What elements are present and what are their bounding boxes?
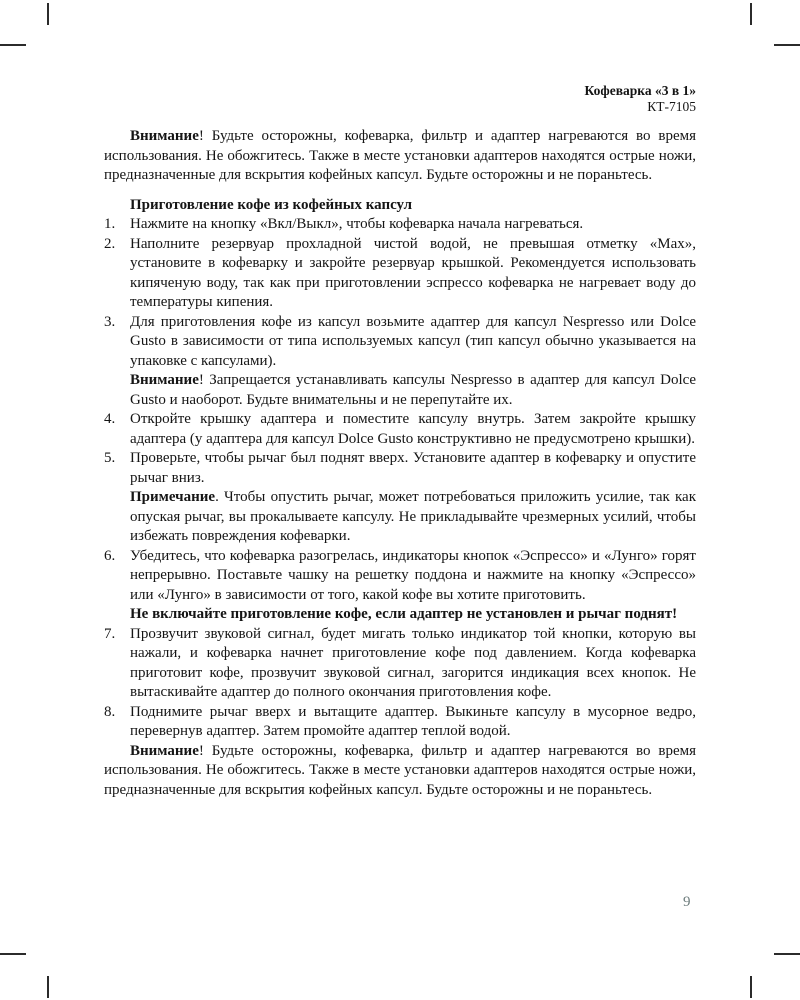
item-text: Откройте крышку адаптера и поместите кап…: [130, 411, 696, 447]
list-item: 2. Наполните резервуар прохладной чистой…: [104, 235, 696, 313]
note-text: . Чтобы опустить рычаг, может потребоват…: [130, 489, 696, 544]
list-item-text: Наполните резервуар прохладной чистой во…: [130, 235, 696, 313]
list-item: 5. Проверьте, чтобы рычаг был поднят вве…: [104, 449, 696, 547]
list-item-note: Примечание. Чтобы опустить рычаг, может …: [130, 488, 696, 547]
note-label: Примечание: [130, 489, 215, 505]
warning-paragraph-bottom: Внимание! Будьте осторожны, кофеварка, ф…: [104, 742, 696, 801]
warning-line-text: Не включайте приготовление кофе, если ад…: [130, 606, 677, 622]
item-text: Для приготовления кофе из капсул возьмит…: [130, 314, 696, 369]
crop-mark-bottom-right-vertical: [750, 976, 752, 998]
list-item-note: Внимание! Запрещается устанавливать капс…: [130, 371, 696, 410]
list-item: 8. Поднимите рычаг вверх и вытащите адап…: [104, 703, 696, 742]
list-item: 7. Прозвучит звуковой сигнал, будет мига…: [104, 625, 696, 703]
list-item-text: Нажмите на кнопку «Вкл/Выкл», чтобы кофе…: [130, 215, 696, 235]
list-item-warning-line: Не включайте приготовление кофе, если ад…: [130, 605, 696, 625]
list-item-text: Убедитесь, что кофеварка разогрелась, ин…: [130, 547, 696, 606]
crop-mark-top-right-vertical: [750, 3, 752, 25]
crop-mark-bottom-right-horizontal: [774, 953, 800, 955]
warning-label: Внимание: [130, 128, 199, 144]
list-item-number: 6.: [104, 547, 115, 567]
crop-mark-top-left-horizontal: [0, 44, 26, 46]
page-number: 9: [683, 894, 691, 911]
crop-mark-bottom-left-vertical: [47, 976, 49, 998]
item-text: Поднимите рычаг вверх и вытащите адаптер…: [130, 704, 696, 740]
list-item-number: 5.: [104, 449, 115, 469]
item-text: Нажмите на кнопку «Вкл/Выкл», чтобы кофе…: [130, 216, 583, 232]
list-item: 4. Откройте крышку адаптера и поместите …: [104, 410, 696, 449]
crop-mark-bottom-left-horizontal: [0, 953, 26, 955]
crop-mark-top-left-vertical: [47, 3, 49, 25]
list-item-text: Поднимите рычаг вверх и вытащите адаптер…: [130, 703, 696, 742]
note-label: Внимание: [130, 372, 199, 388]
list-item-text: Для приготовления кофе из капсул возьмит…: [130, 313, 696, 372]
list-item: 6. Убедитесь, что кофеварка разогрелась,…: [104, 547, 696, 625]
list-item-text: Откройте крышку адаптера и поместите кап…: [130, 410, 696, 449]
product-title: Кофеварка «3 в 1»: [585, 83, 697, 99]
list-item-number: 4.: [104, 410, 115, 430]
list-item-text: Проверьте, чтобы рычаг был поднят вверх.…: [130, 449, 696, 488]
warning-paragraph-top: Внимание! Будьте осторожны, кофеварка, ф…: [104, 127, 696, 186]
instruction-list: 1. Нажмите на кнопку «Вкл/Выкл», чтобы к…: [104, 215, 696, 742]
section-heading: Приготовление кофе из кофейных капсул: [130, 196, 696, 216]
list-item-number: 1.: [104, 215, 115, 235]
page-content: Внимание! Будьте осторожны, кофеварка, ф…: [104, 127, 696, 800]
running-head: Кофеварка «3 в 1» КТ-7105: [585, 83, 697, 114]
list-item-number: 7.: [104, 625, 115, 645]
list-item: 1. Нажмите на кнопку «Вкл/Выкл», чтобы к…: [104, 215, 696, 235]
item-text: Прозвучит звуковой сигнал, будет мигать …: [130, 626, 696, 701]
note-text: ! Запрещается устанавливать капсулы Nesp…: [130, 372, 696, 408]
list-item-number: 2.: [104, 235, 115, 255]
item-text: Убедитесь, что кофеварка разогрелась, ин…: [130, 548, 696, 603]
warning-label: Внимание: [130, 743, 199, 759]
list-item-text: Прозвучит звуковой сигнал, будет мигать …: [130, 625, 696, 703]
list-item-number: 3.: [104, 313, 115, 333]
list-item: 3. Для приготовления кофе из капсул возь…: [104, 313, 696, 411]
list-item-number: 8.: [104, 703, 115, 723]
item-text: Наполните резервуар прохладной чистой во…: [130, 236, 696, 311]
model-number: КТ-7105: [585, 99, 697, 115]
crop-mark-top-right-horizontal: [774, 44, 800, 46]
item-text: Проверьте, чтобы рычаг был поднят вверх.…: [130, 450, 696, 486]
document-page: Кофеварка «3 в 1» КТ-7105 Внимание! Будь…: [0, 0, 800, 1000]
